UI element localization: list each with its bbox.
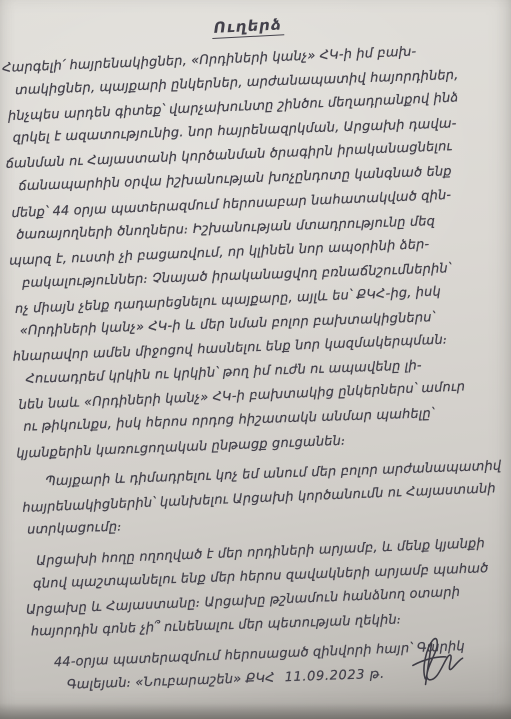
letter-title: Ուղերձ (211, 15, 284, 39)
letter-content: Ուղերձ Հարգելի՛ հայրենակիցներ, «Որդիների… (0, 8, 511, 700)
signature-icon (393, 630, 469, 691)
letter-page-photo: Ուղերձ Հարգելի՛ հայրենակիցներ, «Որդիների… (0, 0, 511, 719)
letter-date: 11.09.2023 թ. (284, 663, 385, 691)
